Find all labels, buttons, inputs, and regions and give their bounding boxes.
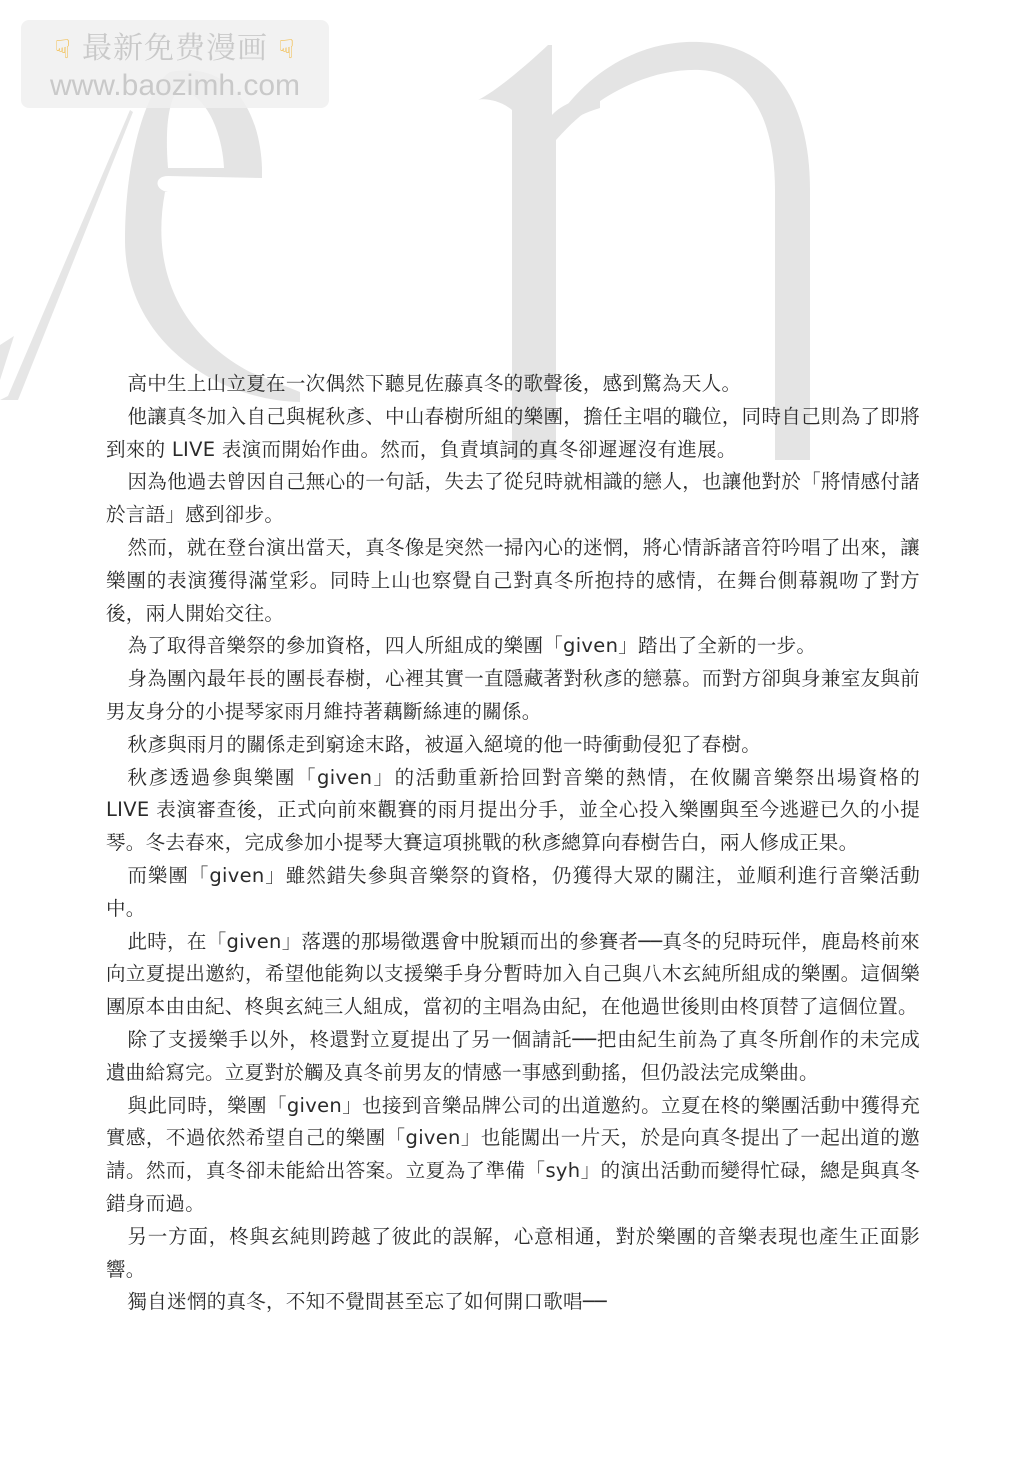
paragraph: 獨自迷惘的真冬，不知不覺間甚至忘了如何開口歌唱── [106, 1286, 920, 1319]
paragraph: 秋彥透過參與樂團「given」的活動重新拾回對音樂的熱情，在攸關音樂祭出場資格的… [106, 762, 920, 860]
pointing-down-hand-icon: ☟ [279, 31, 296, 69]
watermark-url[interactable]: www.baozimh.com [21, 69, 329, 103]
paragraph: 高中生上山立夏在一次偶然下聽見佐藤真冬的歌聲後，感到驚為天人。 [106, 368, 920, 401]
paragraph: 他讓真冬加入自己與梶秋彥、中山春樹所組的樂團，擔任主唱的職位，同時自己則為了即將… [106, 401, 920, 467]
paragraph: 與此同時，樂團「given」也接到音樂品牌公司的出道邀約。立夏在柊的樂團活動中獲… [106, 1090, 920, 1221]
paragraph: 身為團內最年長的團長春樹，心裡其實一直隱藏著對秋彥的戀慕。而對方卻與身兼室友與前… [106, 663, 920, 729]
document-page: ☟ 最新免费漫画 ☟ www.baozimh.com 高中生上山立夏在一次偶然下… [0, 0, 1024, 1474]
paragraph: 為了取得音樂祭的參加資格，四人所組成的樂團「given」踏出了全新的一步。 [106, 630, 920, 663]
pointing-down-hand-icon: ☟ [55, 31, 72, 69]
paragraph: 因為他過去曾因自己無心的一句話，失去了從兒時就相識的戀人，也讓他對於「將情感付諸… [106, 466, 920, 532]
watermark-title: 最新免费漫画 [82, 31, 268, 66]
watermark-title-row: ☟ 最新免费漫画 ☟ [21, 30, 329, 69]
paragraph: 而樂團「given」雖然錯失參與音樂祭的資格，仍獲得大眾的關注，並順利進行音樂活… [106, 860, 920, 926]
paragraph: 此時，在「given」落選的那場徵選會中脫穎而出的參賽者──真冬的兒時玩伴，鹿島… [106, 926, 920, 1024]
paragraph: 然而，就在登台演出當天，真冬像是突然一掃內心的迷惘，將心情訴諸音符吟唱了出來，讓… [106, 532, 920, 630]
watermark-banner[interactable]: ☟ 最新免费漫画 ☟ www.baozimh.com [21, 20, 329, 108]
paragraph: 除了支援樂手以外，柊還對立夏提出了另一個請託──把由紀生前為了真冬所創作的未完成… [106, 1024, 920, 1090]
synopsis-text: 高中生上山立夏在一次偶然下聽見佐藤真冬的歌聲後，感到驚為天人。 他讓真冬加入自己… [106, 368, 920, 1319]
paragraph: 另一方面，柊與玄純則跨越了彼此的誤解，心意相通，對於樂團的音樂表現也產生正面影響… [106, 1221, 920, 1287]
paragraph: 秋彥與雨月的關係走到窮途末路，被逼入絕境的他一時衝動侵犯了春樹。 [106, 729, 920, 762]
